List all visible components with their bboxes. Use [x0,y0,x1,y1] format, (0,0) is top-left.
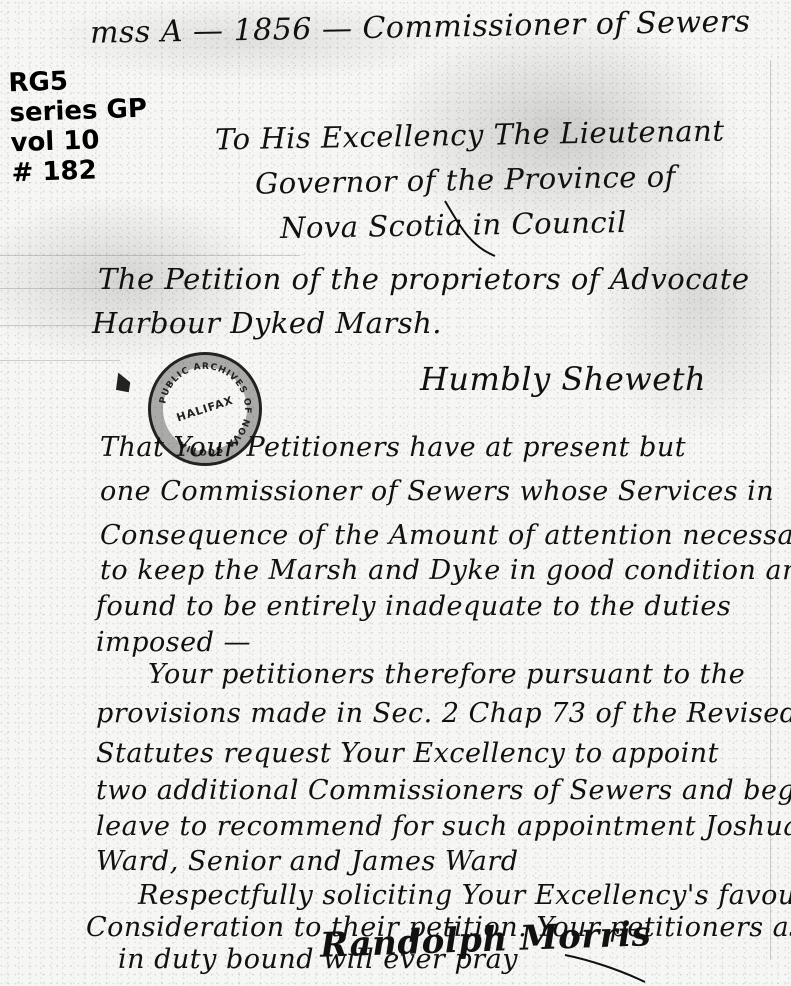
scanned-document-page: mss A — 1856 — Commissioner of Sewers RG… [0,0,791,986]
address-line-3: Nova Scotia in Council [280,205,627,245]
body-line: to keep the Marsh and Dyke in good condi… [100,555,791,586]
petition-title-line-2: Harbour Dyked Marsh. [92,306,442,340]
body-line: imposed — [96,627,251,658]
ruled-line [0,360,120,361]
address-line-1: To His Excellency The Lieutenant [215,114,725,157]
body-line: found to be entirely inadequate to the d… [96,591,731,622]
body-line: provisions made in Sec. 2 Chap 73 of the… [96,698,791,729]
body-line: Respectfully soliciting Your Excellency'… [138,880,791,911]
stamp-mark-icon [111,370,134,396]
body-line: Ward, Senior and James Ward [96,846,519,877]
petition-title-line-1: The Petition of the proprietors of Advoc… [98,262,750,296]
archival-reference: RG5 series GP vol 10 # 182 [8,64,150,189]
body-line: Consequence of the Amount of attention n… [100,520,791,551]
salutation: Humbly Sheweth [420,360,706,398]
body-line: two additional Commissioners of Sewers a… [96,775,791,806]
body-line: Your petitioners therefore pursuant to t… [148,659,745,690]
header-note: mss A — 1856 — Commissioner of Sewers [90,4,751,51]
body-line: one Commissioner of Sewers whose Service… [100,476,774,507]
ruled-line [0,255,300,256]
archival-item-number: # 182 [11,154,149,189]
body-line: leave to recommend for such appointment … [96,811,791,842]
body-line: That Your Petitioners have at present bu… [100,432,686,463]
body-line: Statutes request Your Excellency to appo… [96,738,719,769]
archival-volume: vol 10 [10,124,148,159]
archival-series: series GP [9,94,147,129]
archival-record-group: RG5 [8,64,146,99]
address-line-2: Governor of the Province of [255,159,676,200]
